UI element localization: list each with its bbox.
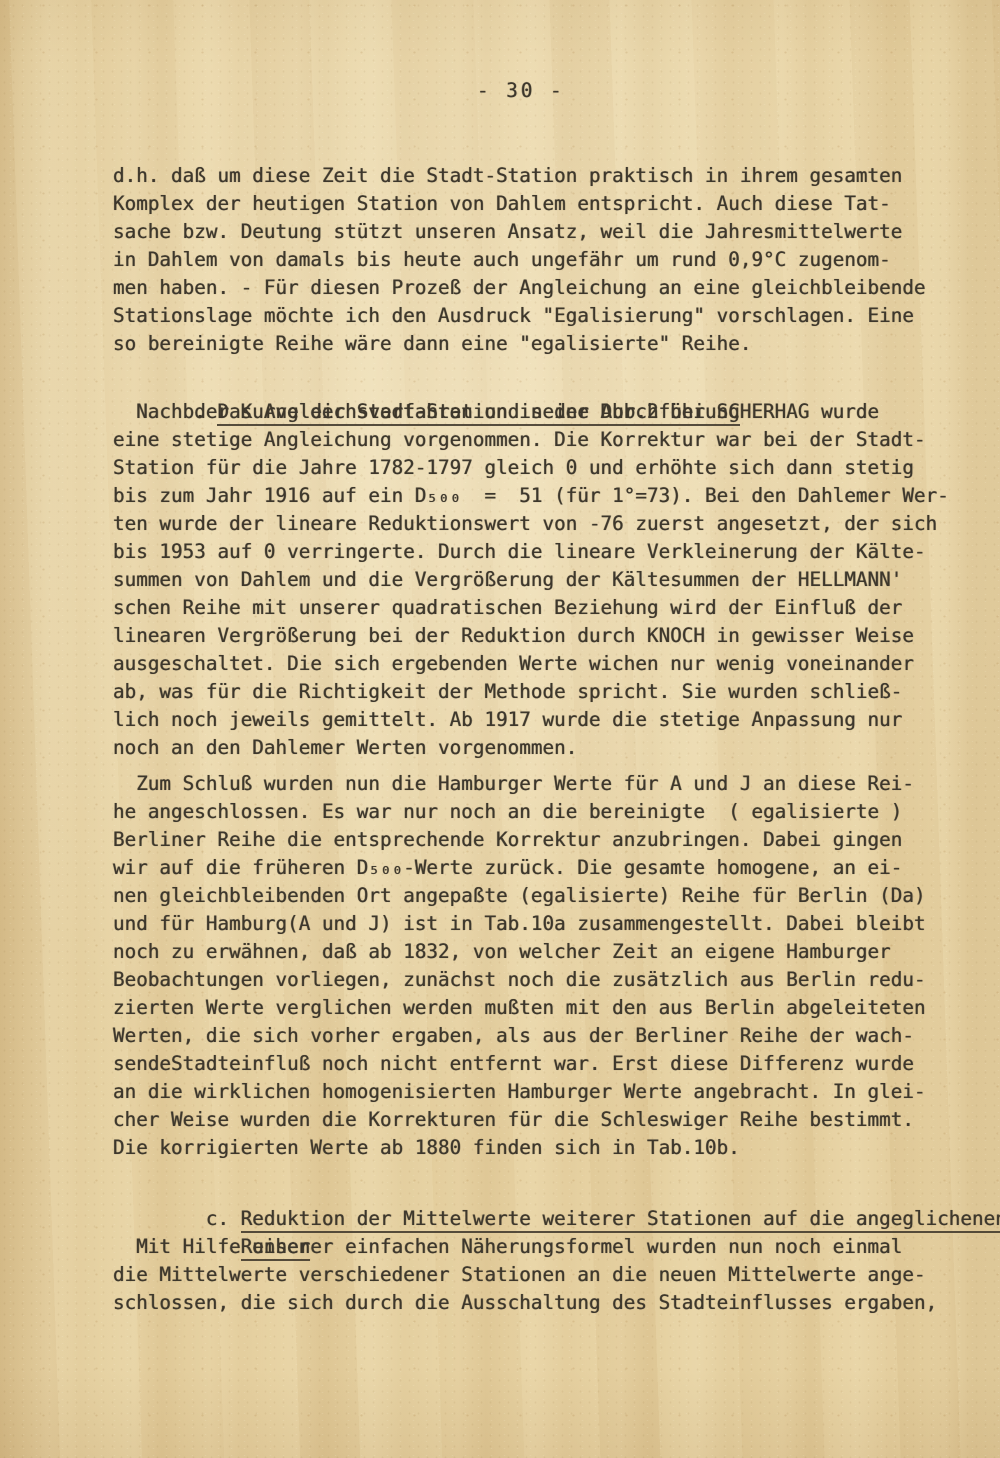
text-line: summen von Dahlem und die Vergrößerung d… xyxy=(113,566,985,594)
paragraph-reduktion-mittelwerte: Mit Hilfe unserer einfachen Näherungsfor… xyxy=(113,1233,985,1317)
heading-c-line1: c. Reduktion der Mittelwerte weiterer St… xyxy=(113,1177,985,1205)
paragraph-angleichsverfahren: Nach der Kurve der Stadt-Station in der … xyxy=(113,398,985,762)
text-line: ausgeschaltet. Die sich ergebenden Werte… xyxy=(113,650,985,678)
text-line: nen gleichbleibenden Ort angepaßte (egal… xyxy=(113,882,985,910)
heading-c-prefix: c. xyxy=(206,1207,241,1230)
text-line: bis 1953 auf 0 verringerte. Durch die li… xyxy=(113,538,985,566)
heading-c-title-line1: Reduktion der Mittelwerte weiterer Stati… xyxy=(241,1207,1000,1233)
text-line: noch an den Dahlemer Werten vorgenommen. xyxy=(113,734,985,762)
paragraph-hamburger-werte: Zum Schluß wurden nun die Hamburger Wert… xyxy=(113,770,985,1162)
text-line: Die korrigierten Werte ab 1880 finden si… xyxy=(113,1134,985,1162)
text-line: Station für die Jahre 1782-1797 gleich 0… xyxy=(113,454,985,482)
text-line: die Mittelwerte verschiedener Stationen … xyxy=(113,1261,985,1289)
text-line: Zum Schluß wurden nun die Hamburger Wert… xyxy=(113,770,985,798)
text-line: Komplex der heutigen Station von Dahlem … xyxy=(113,190,985,218)
text-line: Mit Hilfe unserer einfachen Näherungsfor… xyxy=(113,1233,985,1261)
text-line: cher Weise wurden die Korrekturen für di… xyxy=(113,1106,985,1134)
text-line: bis zum Jahr 1916 auf ein D₅₀₀ = 51 (für… xyxy=(113,482,985,510)
document-body: d.h. daß um diese Zeit die Stadt-Station… xyxy=(113,162,985,1317)
text-line: Werten, die sich vorher ergaben, als aus… xyxy=(113,1022,985,1050)
text-line: schlossen, die sich durch die Ausschaltu… xyxy=(113,1289,985,1317)
text-line: he angeschlossen. Es war nur noch an die… xyxy=(113,798,985,826)
text-line: an die wirklichen homogenisierten Hambur… xyxy=(113,1078,985,1106)
text-line: sendeStadteinfluß noch nicht entfernt wa… xyxy=(113,1050,985,1078)
text-line: noch zu erwähnen, daß ab 1832, von welch… xyxy=(113,938,985,966)
section-heading-b: b. Das Angleichsverfahren und seine Durc… xyxy=(113,370,985,398)
text-line: d.h. daß um diese Zeit die Stadt-Station… xyxy=(113,162,985,190)
text-line: und für Hamburg(A und J) ist in Tab.10a … xyxy=(113,910,985,938)
text-line: schen Reihe mit unserer quadratischen Be… xyxy=(113,594,985,622)
text-line: men haben. - Für diesen Prozeß der Angle… xyxy=(113,274,985,302)
text-line: Berliner Reihe die entsprechende Korrekt… xyxy=(113,826,985,854)
paragraph-egalisierung: d.h. daß um diese Zeit die Stadt-Station… xyxy=(113,162,985,358)
text-line: lich noch jeweils gemittelt. Ab 1917 wur… xyxy=(113,706,985,734)
text-line: sache bzw. Deutung stützt unseren Ansatz… xyxy=(113,218,985,246)
text-line: Stationslage möchte ich den Ausdruck "Eg… xyxy=(113,302,985,330)
section-heading-c: c. Reduktion der Mittelwerte weiterer St… xyxy=(113,1177,985,1233)
text-line: Nach der Kurve der Stadt-Station in der … xyxy=(113,398,985,426)
text-line: Beobachtungen vorliegen, zunächst noch d… xyxy=(113,966,985,994)
text-line: so bereinigte Reihe wäre dann eine "egal… xyxy=(113,330,985,358)
text-line: ab, was für die Richtigkeit der Methode … xyxy=(113,678,985,706)
text-line: eine stetige Angleichung vorgenommen. Di… xyxy=(113,426,985,454)
text-line: in Dahlem von damals bis heute auch unge… xyxy=(113,246,985,274)
text-line: zierten Werte verglichen werden mußten m… xyxy=(113,994,985,1022)
document-page: - 30 - d.h. daß um diese Zeit die Stadt-… xyxy=(0,0,1000,1458)
text-line: linearen Vergrößerung bei der Reduktion … xyxy=(113,622,985,650)
text-line: ten wurde der lineare Reduktionswert von… xyxy=(113,510,985,538)
page-number: - 30 - xyxy=(477,77,565,105)
text-line: wir auf die früheren D₅₀₀-Werte zurück. … xyxy=(113,854,985,882)
